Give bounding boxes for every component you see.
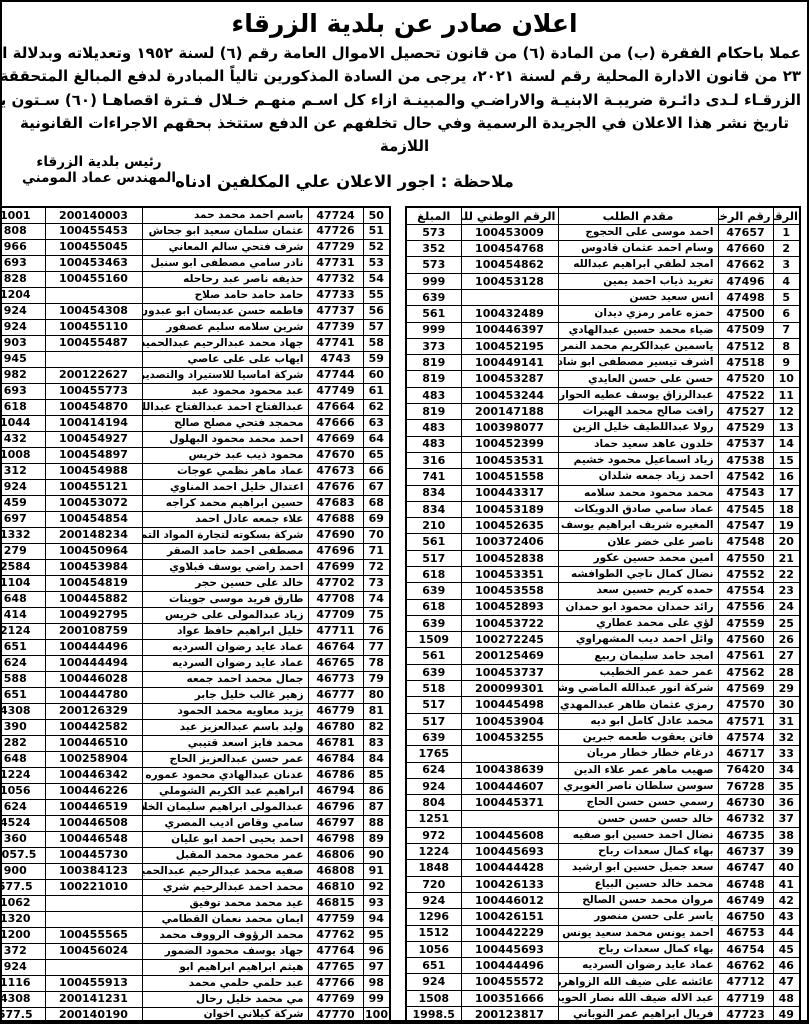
license-number-cell: 46765 [308,655,363,671]
applicant-name-cell: فريال ابراهيم عمر النوباني [558,1007,718,1024]
row-number-cell: 54 [363,271,390,287]
table-row: 3746732خالد حسن حسن حسن1251 [406,811,800,827]
license-number-cell: 47741 [308,335,363,351]
row-number-cell: 7 [773,322,800,338]
applicant-name-cell: شركة بسكوته لتجارة المواد التموينيه [142,527,308,543]
amount-cell: 618 [0,399,45,415]
applicant-name-cell: علاء جمعه عادل احمد [142,511,308,527]
row-number-cell: 85 [363,767,390,783]
national-id-cell: 100451558 [461,469,558,485]
national-id-cell: 200126329 [45,703,142,719]
national-id-cell: 100454768 [461,241,558,257]
table-row: 9146808صفيه محمد عبدالرحيم عبدالحميد1003… [0,863,390,879]
row-number-cell: 67 [363,479,390,495]
table-row: 8746796عبدالمولى ابراهيم سليمان الخلايله… [0,799,390,815]
row-number-cell: 77 [363,639,390,655]
license-number-cell: 47724 [308,207,363,223]
signature-note-row: رئيس بلدية الزرقاء المهندس عماد المومني … [8,160,801,206]
amount-cell: 483 [406,436,461,452]
national-id-cell: 100449141 [461,355,558,371]
national-id-cell: 100398077 [461,420,558,436]
table-row: 7147696مصطفى احمد حامد الصقر100450964279 [0,543,390,559]
row-number-cell: 78 [363,655,390,671]
national-id-cell: 100445693 [461,844,558,860]
row-number-cell: 87 [363,799,390,815]
table-row: 7047690شركة بسكوته لتجارة المواد التموين… [0,527,390,543]
applicant-name-cell: ياسمين عبدالكريم محمد النمر [558,338,718,354]
license-number-cell: 46732 [718,811,773,827]
national-id-cell: 100453737 [461,664,558,680]
row-number-cell: 86 [363,783,390,799]
amount-cell: 432 [0,431,45,447]
body-line-1: عملا باحكام الفقرة (ب) من المادة (٦) من … [8,42,801,65]
applicant-name-cell: حامد حامد حامد صلاح [142,287,308,303]
table-row: 6747676اعتدال خليل احمد المناوي100455121… [0,479,390,495]
national-id-cell [461,811,558,827]
table-row: 4747712عائشه على ضيف الله الزواهره100455… [406,974,800,990]
amount-cell: 924 [406,778,461,794]
national-id-cell: 100453072 [45,495,142,511]
license-number-cell: 47749 [308,383,363,399]
table-row: 6947688علاء جمعه عادل احمد100454854697 [0,511,390,527]
license-number-cell: 46717 [718,746,773,762]
table-row: 5547733حامد حامد حامد صلاح1204 [0,287,390,303]
license-number-cell: 46762 [718,958,773,974]
row-number-cell: 71 [363,543,390,559]
row-number-cell: 48 [773,990,800,1006]
amount-cell: 1998.5 [406,1007,461,1024]
table-row: 9947769مي محمد خليل رحال2001412314308 [0,991,390,1007]
row-number-cell: 16 [773,469,800,485]
applicant-name-cell: امجد حامد سليمان ربيع [558,648,718,664]
table-row: 4947723فريال ابراهيم عمر النوباني2001238… [406,1007,800,1024]
applicant-name-cell: عبدالمولى ابراهيم سليمان الخلايله [142,799,308,815]
national-id-cell: 100453558 [461,583,558,599]
license-number-cell: 47708 [308,591,363,607]
applicant-name-cell: خالد على حسين حجر [142,575,308,591]
national-id-cell: 100455487 [45,335,142,351]
amount-cell: 360 [0,831,45,847]
amount-cell: 639 [406,664,461,680]
national-id-cell [45,895,142,911]
national-id-cell [461,746,558,762]
row-number-cell: 32 [773,729,800,745]
row-number-cell: 30 [773,697,800,713]
table-row: 9046806عمر محمود محمد المقبل100445730105… [0,847,390,863]
taxpayers-table-rows-1-49: الرقم رقم الرخصة مقدم الطلب الرقم الوطني… [405,206,801,1024]
license-number-cell: 46764 [308,639,363,655]
row-number-cell: 91 [363,863,390,879]
amount-cell: 1001 [0,207,45,223]
license-number-cell: 47561 [718,648,773,664]
amount-cell: 1044 [0,415,45,431]
license-number-cell: 46815 [308,895,363,911]
row-number-cell: 33 [773,746,800,762]
amount-cell: 1008 [0,447,45,463]
license-number-cell: 46749 [718,892,773,908]
applicant-name-cell: عمر حمد عمر الخطيب [558,664,718,680]
body-line-2: ٢٣ من قانون الادارة المحلية رقم لسنة ٢٠٢… [8,65,801,88]
table-row: 2247552نضال كمال ناجي الطوافشه1004533516… [406,566,800,582]
amount-cell: 697 [0,511,45,527]
row-number-cell: 26 [773,632,800,648]
row-number-cell: 2 [773,241,800,257]
license-number-cell: 47762 [308,927,363,943]
national-id-cell [45,911,142,927]
license-number-cell: 46753 [718,925,773,941]
national-id-cell: 100443317 [461,485,558,501]
license-number-cell: 46730 [718,795,773,811]
table-row: 6147749عبد محمود محمود عبد100455773693 [0,383,390,399]
amount-cell: 618 [406,566,461,582]
row-number-cell: 68 [363,495,390,511]
amount-cell: 1251 [406,811,461,827]
row-number-cell: 63 [363,415,390,431]
table-row: 8846797سامي وقاص اديب المصري100446508452… [0,815,390,831]
national-id-cell: 200147188 [461,404,558,420]
row-number-cell: 15 [773,452,800,468]
table-row: 2447556رائد حمدان محمود ابو حمدان1004528… [406,599,800,615]
amount-cell: 483 [406,420,461,436]
license-number-cell: 46786 [308,767,363,783]
national-id-cell: 100446012 [461,892,558,908]
license-number-cell: 46773 [308,671,363,687]
table-row: 594743ايهاب على على عاصي945 [0,351,390,367]
table-row: 4046747سعد جميل حسين ابو ارشيد1004444281… [406,860,800,876]
row-number-cell: 89 [363,831,390,847]
applicant-name-cell: شرف فتحي سالم المعاني [142,239,308,255]
table-row: 5247729شرف فتحي سالم المعاني100455045966 [0,239,390,255]
applicant-name-cell: سعد جميل حسين ابو ارشيد [558,860,718,876]
national-id-cell: 100442582 [45,719,142,735]
license-number-cell: 46808 [308,863,363,879]
row-number-cell: 50 [363,207,390,223]
table-row: 3476420صهيب ماهر عمر علاء الدين100438639… [406,762,800,778]
body-line-4: تاريخ نشر هذا الاعلان في الجريدة الرسمية… [8,112,801,159]
table-row: 147657احمد موسى على الحجوج100453009573 [406,224,800,240]
amount-cell: 459 [0,495,45,511]
row-number-cell: 79 [363,671,390,687]
national-id-cell: 100454819 [45,575,142,591]
national-id-cell: 100444496 [45,639,142,655]
row-number-cell: 94 [363,911,390,927]
applicant-name-cell: احمد زياد جمعه شلدان [558,469,718,485]
license-number-cell: 47719 [718,990,773,1006]
license-number-cell: 47688 [308,511,363,527]
row-number-cell: 47 [773,974,800,990]
row-number-cell: 72 [363,559,390,575]
amount-cell: 819 [406,371,461,387]
row-number-cell: 13 [773,420,800,436]
amount-cell: 741 [406,469,461,485]
applicant-name-cell: شركة اماسيا للاستيراد والتصدير [142,367,308,383]
row-number-cell: 4 [773,273,800,289]
row-number-cell: 76 [363,623,390,639]
amount-cell: 352 [406,241,461,257]
national-id-cell: 100258904 [45,751,142,767]
national-id-cell: 100453189 [461,501,558,517]
amount-cell: 651 [406,958,461,974]
table-row: 5347731نادر سامي مصطفى ابو سنبل100453463… [0,255,390,271]
license-number-cell: 46798 [308,831,363,847]
table-row: 247660وسام احمد عثمان قادوس100454768352 [406,241,800,257]
table-row: 8146779يزيد معاويه محمد الحمود2001263294… [0,703,390,719]
license-number-cell: 47737 [308,303,363,319]
table-row: 8946798احمد يحيى احمد ابو عليان100446548… [0,831,390,847]
row-number-cell: 18 [773,501,800,517]
table-row: 4246749مروان محمد حسن الصالح100446012924 [406,892,800,908]
amount-cell: 808 [0,223,45,239]
national-id-cell: 100446342 [45,767,142,783]
license-number-cell: 47699 [308,559,363,575]
national-id-cell: 100452838 [461,550,558,566]
national-id-cell: 100452195 [461,338,558,354]
row-number-cell: 10 [773,371,800,387]
national-id-cell: 100414194 [45,415,142,431]
row-number-cell: 95 [363,927,390,943]
applicant-name-cell: ايهاب على على عاصي [142,351,308,367]
header-amount: المبلغ [406,207,461,224]
row-number-cell: 25 [773,615,800,631]
license-number-cell: 47657 [718,224,773,240]
national-id-cell: 100444494 [45,655,142,671]
row-number-cell: 73 [363,575,390,591]
license-number-cell: 47520 [718,371,773,387]
license-number-cell: 46737 [718,844,773,860]
table-row: 6247664عبدالفتاح احمد عبدالفتاح عبدالله1… [0,399,390,415]
row-number-cell: 1 [773,224,800,240]
license-number-cell: 46750 [718,909,773,925]
applicant-name-cell: وليد باسم عبدالعزيز عبد [142,719,308,735]
national-id-cell: 100442229 [461,925,558,941]
applicant-name-cell: عماد ماهر نظمي عوجات [142,463,308,479]
applicant-name-cell: طارق فريد موسى جوينات [142,591,308,607]
row-number-cell: 51 [363,223,390,239]
amount-cell: 639 [406,289,461,305]
national-id-cell: 100454308 [45,303,142,319]
row-number-cell: 20 [773,534,800,550]
license-number-cell: 46781 [308,735,363,751]
amount-cell: 4308 [0,991,45,1007]
license-number-cell: 47733 [308,287,363,303]
row-number-cell: 12 [773,404,800,420]
row-number-cell: 3 [773,257,800,273]
applicant-name-cell: فاتن يعقوب طعمه جبرين [558,729,718,745]
table-row: 6547670محمود ذيب عبد خريس1004548971008 [0,447,390,463]
amount-cell: 517 [406,550,461,566]
row-number-cell: 11 [773,387,800,403]
amount-cell: 1062 [0,895,45,911]
national-id-cell: 100456024 [45,943,142,959]
table-row: 6047744شركة اماسيا للاستيراد والتصدير200… [0,367,390,383]
national-id-cell: 100453128 [461,273,558,289]
amount-cell: 573 [406,257,461,273]
national-id-cell: 100454870 [45,399,142,415]
national-id-cell [45,287,142,303]
national-id-cell: 100221010 [45,879,142,895]
applicant-name-cell: بهاء كمال سعدات رباح [558,844,718,860]
table-row: 5647737فاطمه حسن عديسان ابو عبدون1004543… [0,303,390,319]
national-id-cell: 100455773 [45,383,142,399]
amount-cell: 900 [0,863,45,879]
license-number-cell: 47690 [308,527,363,543]
national-id-cell: 100454988 [45,463,142,479]
license-number-cell: 47522 [718,387,773,403]
table-row: 3846735نضال احمد حسين ابو صفيه1004456089… [406,827,800,843]
license-number-cell: 47562 [718,664,773,680]
row-number-cell: 22 [773,566,800,582]
row-number-cell: 8 [773,338,800,354]
national-id-cell: 100444496 [461,958,558,974]
table-row: 4546754بهاء كمال سعدات رباح1004456931056 [406,941,800,957]
table-row: 7247699احمد راضي يوسف قبلاوي100453984258… [0,559,390,575]
amount-cell: 648 [0,751,45,767]
national-id-cell: 100450964 [45,543,142,559]
national-id-cell: 100432489 [461,306,558,322]
applicant-name-cell: حسين ابراهيم محمد كراجه [142,495,308,511]
license-number-cell: 47712 [718,974,773,990]
table-row: 8546786عدنان عبدالهادي محمود عموره100446… [0,767,390,783]
amount-cell: 1056 [406,941,461,957]
table-row: 1147522عبدالرزاق يوسف عطيه الحواري100453… [406,387,800,403]
license-number-cell: 46797 [308,815,363,831]
table-row: 8646794ابراهيم عبد الكريم الشوملي1004462… [0,783,390,799]
amount-cell: 1508 [406,990,461,1006]
row-number-cell: 100 [363,1007,390,1023]
signature-title: رئيس بلدية الزرقاء [22,154,176,170]
license-number-cell: 47759 [308,911,363,927]
row-number-cell: 62 [363,399,390,415]
amount-cell: 1224 [406,844,461,860]
table-row: 1247527رافت صالح محمد الهبرات20014718881… [406,404,800,420]
announcement-body: عملا باحكام الفقرة (ب) من المادة (٦) من … [8,42,801,158]
amount-cell: 648 [0,591,45,607]
row-number-cell: 24 [773,599,800,615]
header-applicant-name: مقدم الطلب [558,207,718,224]
row-number-cell: 27 [773,648,800,664]
table-row: 1547538زياد اسماعيل محمود خشيم1004535313… [406,452,800,468]
applicant-name-cell: فاطمه حسن عديسان ابو عبدون [142,303,308,319]
national-id-cell: 100372406 [461,534,558,550]
row-number-cell: 74 [363,591,390,607]
license-number-cell: 47556 [718,599,773,615]
license-number-cell: 47518 [718,355,773,371]
applicant-name-cell: عبدالرزاق يوسف عطيه الحواري [558,387,718,403]
license-number-cell: 47496 [718,273,773,289]
row-number-cell: 99 [363,991,390,1007]
license-number-cell: 47527 [718,404,773,420]
applicant-name-cell: محمد عادل كامل ابو ديه [558,713,718,729]
header-row-number: الرقم [773,207,800,224]
row-number-cell: 69 [363,511,390,527]
row-number-cell: 29 [773,681,800,697]
table-row: 4346750ياسر على حسن منصور1004261511296 [406,909,800,925]
license-number-cell: 46747 [718,860,773,876]
national-id-cell [461,289,558,305]
row-number-cell: 80 [363,687,390,703]
table-row: 7846765عماد عايد رضوان السرديه1004444946… [0,655,390,671]
applicant-name-cell: محمود ذيب عبد خريس [142,447,308,463]
license-number-cell: 47770 [308,1007,363,1023]
row-number-cell: 55 [363,287,390,303]
license-number-cell: 47500 [718,306,773,322]
national-id-cell: 100455121 [45,479,142,495]
applicant-name-cell: عبد الاله ضيف الله نصار الحويطات [558,990,718,1006]
amount-cell: 828 [0,271,45,287]
applicant-name-cell: يزيد معاويه محمد الحمود [142,703,308,719]
national-id-cell: 100453009 [461,224,558,240]
amount-cell: 982 [0,367,45,383]
amount-cell: 639 [406,729,461,745]
license-number-cell: 76420 [718,762,773,778]
license-number-cell: 47729 [308,239,363,255]
applicant-name-cell: مي محمد خليل رحال [142,991,308,1007]
amount-cell: 1848 [406,860,461,876]
applicant-name-cell: هيثم ابراهيم ابراهيم ابو [142,959,308,975]
license-number-cell: 47660 [718,241,773,257]
national-id-cell: 100446508 [45,815,142,831]
applicant-name-cell: حمزه عامر رمزي ديدان [558,306,718,322]
applicant-name-cell: جمال محمد احمد جمعه [142,671,308,687]
amount-cell: 924 [0,319,45,335]
row-number-cell: 81 [363,703,390,719]
table-row: 10047770شركة كيلاني اخوان200140190577.5 [0,1007,390,1023]
row-number-cell: 82 [363,719,390,735]
applicant-name-cell: عماد عايد رضوان السرديه [142,639,308,655]
license-number-cell: 47548 [718,534,773,550]
applicant-name-cell: وسام احمد عثمان قادوس [558,241,718,257]
table-row: 4146748محمد خالد حسين البياع100426133720 [406,876,800,892]
table-row: 1847545عماد سامي صادق الدويكات1004531898… [406,501,800,517]
row-number-cell: 43 [773,909,800,925]
license-number-cell: 46748 [718,876,773,892]
license-number-cell: 47670 [308,447,363,463]
table-row: 2547559لؤي على محمد عطاري100453722639 [406,615,800,631]
national-id-cell: 100453722 [461,615,558,631]
amount-cell: 561 [406,306,461,322]
table-row: 6847683حسين ابراهيم محمد كراجه1004530724… [0,495,390,511]
amount-cell: 1512 [406,925,461,941]
license-number-cell: 47560 [718,632,773,648]
national-id-cell: 100445882 [45,591,142,607]
national-id-cell: 100446028 [45,671,142,687]
national-id-cell: 100453463 [45,255,142,271]
row-number-cell: 23 [773,583,800,599]
applicant-name-cell: حمده كريم حسين سعد [558,583,718,599]
license-number-cell: 46735 [718,827,773,843]
row-number-cell: 64 [363,431,390,447]
national-id-cell: 200148234 [45,527,142,543]
table-row: 7347702خالد على حسين حجر1004548191104 [0,575,390,591]
row-number-cell: 44 [773,925,800,941]
national-id-cell: 100445371 [461,795,558,811]
national-id-cell: 100426151 [461,909,558,925]
table-row: 2147550امين محمد حسين عكور100452838517 [406,550,800,566]
license-number-cell: 47542 [718,469,773,485]
amount-cell: 834 [406,501,461,517]
license-number-cell: 76728 [718,778,773,794]
table-row: 347662امجد لطفي ابراهيم عبدالله100454862… [406,257,800,273]
license-number-cell: 47711 [308,623,363,639]
license-number-cell: 47739 [308,319,363,335]
national-id-cell: 100455453 [45,223,142,239]
amount-cell: 720 [406,876,461,892]
national-id-cell: 100452399 [461,436,558,452]
applicant-name-cell: عيد محمد محمد توفيق [142,895,308,911]
row-number-cell: 21 [773,550,800,566]
applicant-name-cell: اعتدال خليل احمد المناوي [142,479,308,495]
amount-cell: 972 [406,827,461,843]
